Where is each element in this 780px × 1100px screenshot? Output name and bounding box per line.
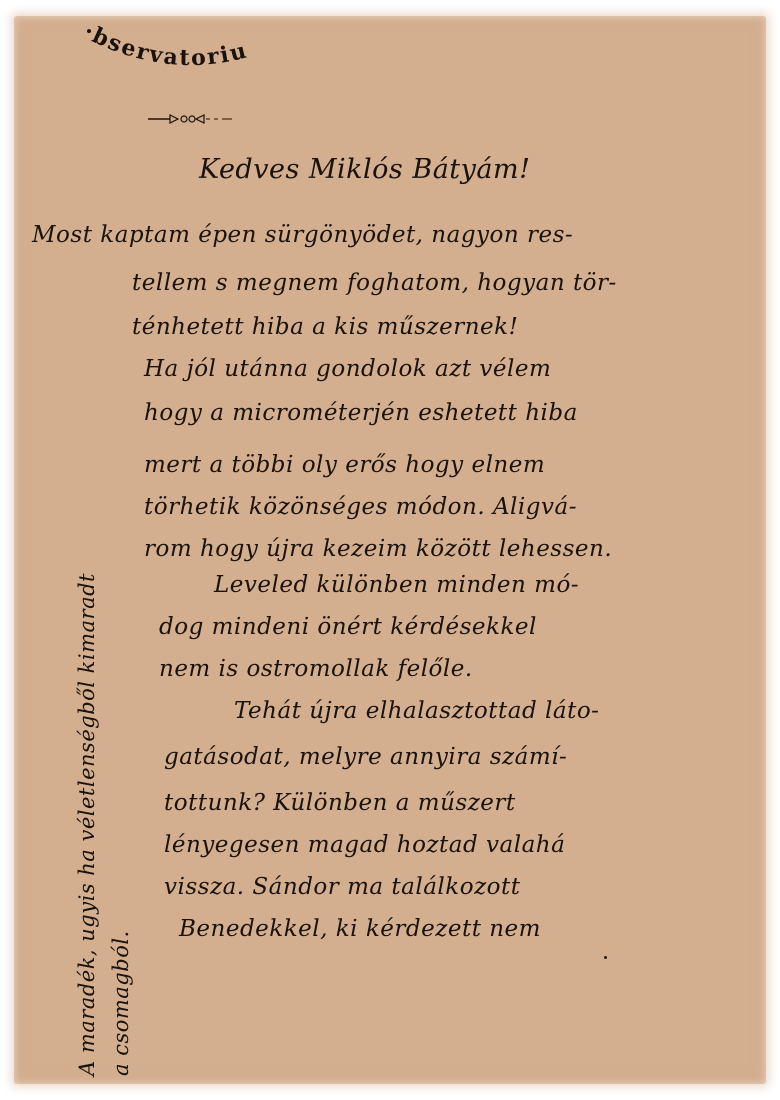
svg-text:·bservatoriu: ·bservatoriu: [79, 26, 250, 71]
letter-page: ·bservatoriu Kedves Miklós Bátyám! Most …: [14, 16, 766, 1084]
body-line: lényegesen magad hoztad valahá: [164, 834, 565, 857]
margin-note-line: A maradék, ugyis ha véletlenségből kimar…: [70, 356, 104, 1076]
letterhead-text: ·bservatoriu: [79, 26, 250, 71]
body-line: Most kaptam épen sürgönyödet, nagyon res…: [32, 224, 573, 247]
body-line: tottunk? Különben a műszert: [164, 792, 516, 815]
letterhead-arc-text: ·bservatoriu: [74, 26, 314, 86]
body-line: tellem s megnem foghatom, hogyan tör-: [132, 272, 617, 295]
margin-note-vertical: A maradék, ugyis ha véletlenségből kimar…: [70, 356, 138, 1076]
body-line: rom hogy újra kezeim között lehessen.: [144, 538, 612, 561]
body-line: nem is ostromollak felőle.: [159, 658, 473, 681]
margin-note-line: a csomagból.: [104, 356, 138, 1076]
salutation: Kedves Miklós Bátyám!: [199, 154, 530, 185]
body-line: Benedekkel, ki kérdezett nem: [179, 918, 541, 941]
body-line: gatásodat, melyre annyira számí-: [164, 746, 567, 769]
body-line: ténhetett hiba a kis műszernek!: [132, 316, 518, 339]
body-line: vissza. Sándor ma találkozott: [164, 876, 521, 899]
body-line: mert a többi oly erős hogy elnem: [144, 454, 545, 477]
body-line: hogy a microméterjén eshetett hiba: [144, 402, 578, 425]
ornament-divider-icon: [148, 112, 238, 126]
ink-speck: [604, 956, 607, 959]
body-line: Tehát újra elhalasztottad láto-: [234, 700, 599, 723]
body-line: dog mindeni önért kérdésekkel: [159, 616, 537, 639]
body-line: törhetik közönséges módon. Aligvá-: [144, 496, 577, 519]
body-line: Ha jól utánna gondolok azt vélem: [144, 358, 551, 381]
letterhead-observatorium: ·bservatoriu: [74, 26, 314, 86]
body-line: Leveled különben minden mó-: [214, 574, 579, 597]
